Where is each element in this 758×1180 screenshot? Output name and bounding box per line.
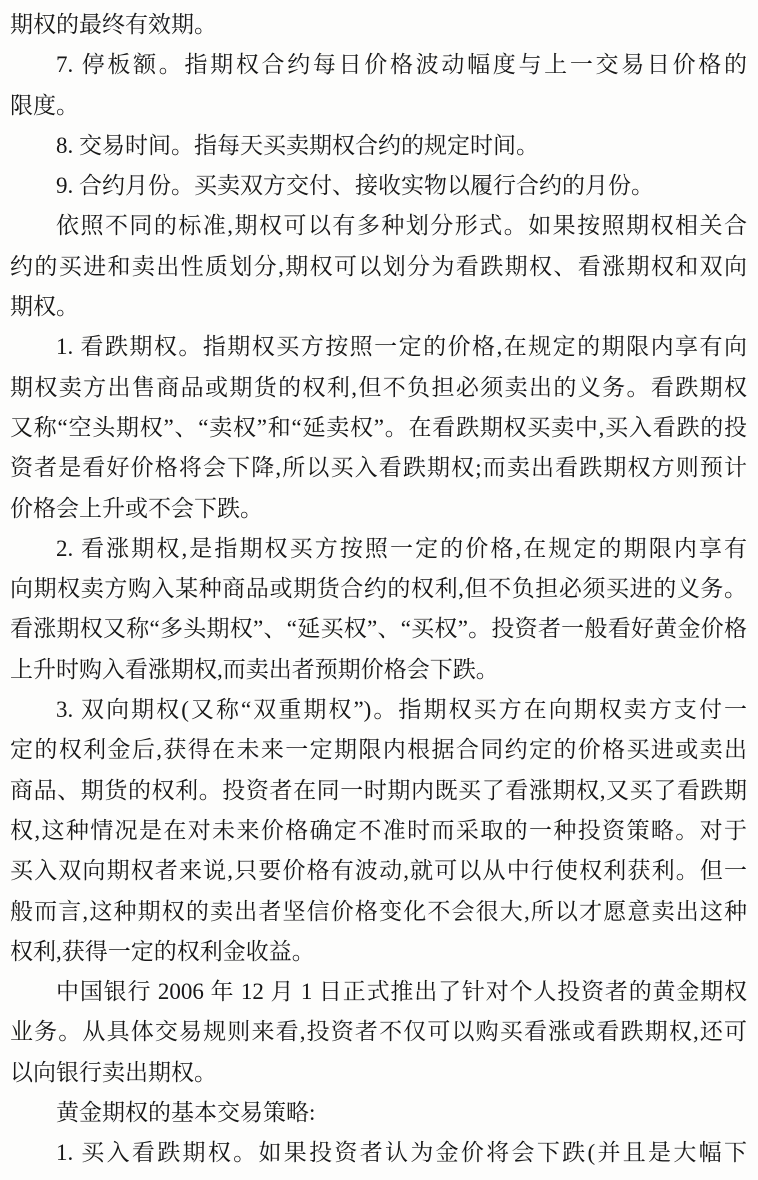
- text-line: 7. 停板额。指期权合约每日价格波动幅度与上一交易日价格的: [10, 45, 747, 85]
- book-page: 期权的最终有效期。 7. 停板额。指期权合约每日价格波动幅度与上一交易日价格的 …: [0, 0, 758, 1180]
- text-line: 价格会上升或不会下跌。: [10, 489, 747, 529]
- text-line: 商品、期货的权利。投资者在同一时期内既买了看涨期权,又买了看跌期: [10, 771, 747, 811]
- text-line: 权,这种情况是在对未来价格确定不准时而采取的一种投资策略。对于: [10, 811, 747, 851]
- text-line: 1. 看跌期权。指期权买方按照一定的价格,在规定的期限内享有向: [10, 327, 747, 367]
- text-line: 又称“空头期权”、“卖权”和“延卖权”。在看跌期权买卖中,买入看跌的投: [10, 408, 747, 448]
- text-line: 8. 交易时间。指每天买卖期权合约的规定时间。: [10, 126, 747, 166]
- text-line: 中国银行 2006 年 12 月 1 日正式推出了针对个人投资者的黄金期权: [10, 972, 747, 1012]
- text-line: 3. 双向期权(又称“双重期权”)。指期权买方在向期权卖方支付一: [10, 690, 747, 730]
- text-line: 权利,获得一定的权利金收益。: [10, 932, 747, 972]
- text-line: 定的权利金后,获得在未来一定期限内根据合同约定的价格买进或卖出: [10, 730, 747, 770]
- text-line: 般而言,这种期权的卖出者坚信价格变化不会很大,所以才愿意卖出这种: [10, 892, 747, 932]
- text-line: 1. 买入看跌期权。如果投资者认为金价将会下跌(并且是大幅下: [10, 1133, 747, 1173]
- text-line: 黄金期权的基本交易策略:: [10, 1093, 747, 1133]
- text-line: 期权。: [10, 287, 747, 327]
- text-line: 限度。: [10, 86, 747, 126]
- text-line: 期权的最终有效期。: [10, 5, 747, 45]
- text-line: 向期权卖方购入某种商品或期货合约的权利,但不负担必须买进的义务。: [10, 569, 747, 609]
- text-line: 约的买进和卖出性质划分,期权可以划分为看跌期权、看涨期权和双向: [10, 247, 747, 287]
- text-line: 业务。从具体交易规则来看,投资者不仅可以购买看涨或看跌期权,还可: [10, 1012, 747, 1052]
- text-line: 看涨期权又称“多头期权”、“延买权”、“买权”。投资者一般看好黄金价格: [10, 609, 747, 649]
- text-line: 资者是看好价格将会下降,所以买入看跌期权;而卖出看跌期权方则预计: [10, 448, 747, 488]
- text-line: 上升时购入看涨期权,而卖出者预期价格会下跌。: [10, 650, 747, 690]
- text-line: 买入双向期权者来说,只要价格有波动,就可以从中行使权利获利。但一: [10, 851, 747, 891]
- text-line: 期权卖方出售商品或期货的权利,但不负担必须卖出的义务。看跌期权: [10, 368, 747, 408]
- text-line: 9. 合约月份。买卖双方交付、接收实物以履行合约的月份。: [10, 166, 747, 206]
- text-line: 2. 看涨期权,是指期权买方按照一定的价格,在规定的期限内享有: [10, 529, 747, 569]
- text-line: 以向银行卖出期权。: [10, 1053, 747, 1093]
- text-line: 依照不同的标准,期权可以有多种划分形式。如果按照期权相关合: [10, 206, 747, 246]
